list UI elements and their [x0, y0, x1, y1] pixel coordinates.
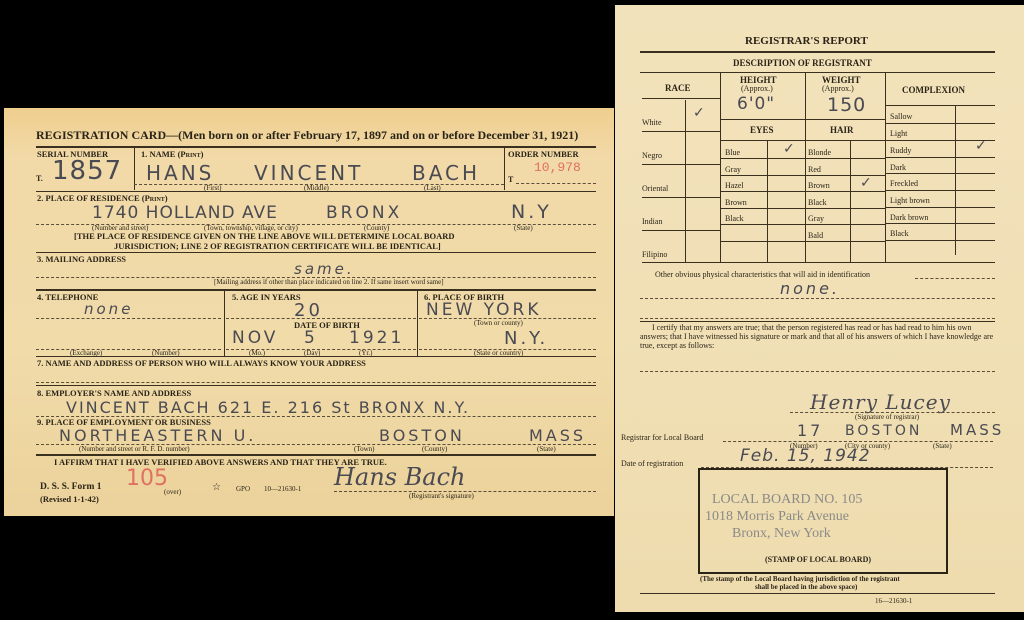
- birthplace-state-value: N.Y.: [504, 328, 548, 349]
- registration-card: REGISTRATION CARD—(Men born on or after …: [4, 108, 614, 516]
- stamp-line-2: 1018 Morris Park Avenue: [705, 509, 849, 525]
- stamp-box: LOCAL BOARD NO. 105 1018 Morris Park Ave…: [698, 468, 948, 574]
- other-characteristics-value: none.: [780, 279, 840, 298]
- complexion-ruddy: Ruddy: [890, 146, 911, 155]
- local-board-city: BOSTON: [845, 423, 922, 439]
- mailing-value: same.: [294, 260, 355, 278]
- date-label: Date of registration: [621, 459, 683, 468]
- employment-town-value: BOSTON: [379, 426, 465, 445]
- hair-brown: Brown: [808, 181, 830, 190]
- eyes-black: Black: [725, 214, 744, 223]
- age-label: 5. AGE IN YEARS: [232, 292, 301, 302]
- hair-header: HAIR: [830, 125, 854, 135]
- complexion-ruddy-check-icon: ✓: [975, 138, 987, 154]
- race-negro: Negro: [642, 151, 662, 160]
- mailing-label: 3. MAILING ADDRESS: [37, 254, 126, 264]
- employment-county-label: (County): [422, 445, 447, 453]
- eyes-hazel: Hazel: [725, 181, 744, 190]
- serial-prefix: T.: [36, 174, 43, 183]
- birth-town-label: (Town or county): [474, 319, 523, 327]
- card-title: REGISTRATION CARD—(Men born on or after …: [36, 128, 578, 143]
- first-name-value: HANS: [146, 161, 214, 185]
- stamp-note-2: shall be placed in the above space): [755, 583, 857, 591]
- weight-approx: (Approx.): [822, 84, 854, 93]
- form-id: D. S. S. Form 1: [40, 482, 102, 492]
- residence-state-value: N.Y: [511, 201, 552, 223]
- eyes-gray: Gray: [725, 165, 741, 174]
- order-number-value: 10,978: [534, 160, 581, 175]
- residence-note-2: JURISDICTION; LINE 2 OF REGISTRATION CER…: [114, 241, 441, 251]
- complexion-light-brown: Light brown: [890, 196, 930, 205]
- birthplace-town-value: NEW YORK: [426, 300, 541, 320]
- height-approx: (Approx.): [741, 84, 773, 93]
- serial-number-value: 1857: [52, 156, 122, 186]
- contact-label: 7. NAME AND ADDRESS OF PERSON WHO WILL A…: [37, 358, 366, 368]
- report-title: REGISTRAR'S REPORT: [745, 35, 868, 47]
- weight-value: 150: [827, 94, 866, 116]
- eyes-brown: Brown: [725, 198, 747, 207]
- registrar-signature-label: (Signature of registrar): [855, 413, 919, 421]
- board-mark-105: 105: [126, 466, 168, 491]
- stamp-caption: (STAMP OF LOCAL BOARD): [765, 555, 871, 564]
- local-board-state: MASS: [950, 421, 1004, 439]
- dob-month-value: NOV: [232, 328, 278, 348]
- hair-brown-check-icon: ✓: [860, 175, 872, 191]
- report-subtitle: DESCRIPTION OF REGISTRANT: [733, 58, 872, 68]
- complexion-dark-brown: Dark brown: [890, 213, 928, 222]
- complexion-black: Black: [890, 229, 909, 238]
- hair-red: Red: [808, 165, 821, 174]
- height-value: 6'0": [737, 94, 775, 114]
- order-number-label: ORDER NUMBER: [508, 149, 579, 159]
- registrar-signature: Henry Lucey: [810, 390, 951, 414]
- right-print-code: 16—21630-1: [875, 597, 912, 605]
- stamp-note-1: (The stamp of the Local Board having jur…: [700, 575, 900, 583]
- employer-value: VINCENT BACH 621 E. 216 St BRONX N.Y.: [66, 398, 470, 417]
- race-white-check-icon: ✓: [693, 105, 705, 121]
- complexion-header: COMPLEXION: [902, 85, 965, 95]
- state-label: (State): [514, 224, 533, 232]
- left-print-code: 10—21630-1: [264, 485, 301, 493]
- employment-state-label: (State): [537, 445, 556, 453]
- employment-town-label: (Town): [354, 445, 375, 453]
- eyes-header: EYES: [750, 125, 774, 135]
- order-prefix: T: [508, 175, 513, 184]
- dob-day-value: 5: [304, 328, 318, 348]
- employment-state-value: MASS: [529, 426, 586, 445]
- registration-date-value: Feb. 15, 1942: [740, 446, 871, 466]
- other-characteristics-label: Other obvious physical characteristics t…: [655, 270, 870, 279]
- eyes-blue-check-icon: ✓: [783, 141, 795, 157]
- hair-gray: Gray: [808, 214, 824, 223]
- name-label: 1. NAME (Print): [141, 149, 203, 159]
- complexion-freckled: Freckled: [890, 179, 918, 188]
- star-icon: ☆: [212, 482, 221, 493]
- board-state-label: (State): [933, 442, 952, 450]
- local-board-number: 17: [797, 421, 823, 440]
- dob-year-value: 1921: [349, 328, 404, 348]
- last-name-value: BACH: [412, 161, 480, 185]
- race-indian: Indian: [642, 217, 662, 226]
- telephone-value: none: [84, 300, 133, 318]
- residence-label: 2. PLACE OF RESIDENCE (Print): [37, 193, 168, 203]
- employment-street-label: (Number and street or R. F. D. number): [79, 445, 190, 453]
- hair-bald: Bald: [808, 231, 823, 240]
- form-revised: (Revised 1-1-42): [40, 494, 99, 504]
- middle-name-value: VINCENT: [254, 161, 363, 185]
- residence-street-value: 1740 HOLLAND AVE: [92, 203, 278, 223]
- over-label: (over): [164, 488, 181, 496]
- complexion-sallow: Sallow: [890, 112, 912, 121]
- race-oriental: Oriental: [642, 184, 668, 193]
- residence-note-1: [THE PLACE OF RESIDENCE GIVEN ON THE LIN…: [74, 231, 455, 241]
- stamp-line-1: LOCAL BOARD NO. 105: [712, 492, 862, 508]
- complexion-dark: Dark: [890, 163, 906, 172]
- local-board-label: Registrar for Local Board: [621, 433, 703, 442]
- mailing-note: [Mailing address if other than place ind…: [214, 278, 444, 286]
- registrant-signature: Hans Bach: [334, 463, 465, 491]
- race-filipino: Filipino: [642, 250, 667, 259]
- employment-street-value: NORTHEASTERN U.: [59, 426, 256, 445]
- race-header: RACE: [665, 83, 691, 93]
- eyes-blue: Blue: [725, 148, 740, 157]
- hair-black: Black: [808, 198, 827, 207]
- gpo-label: GPO: [236, 485, 250, 493]
- registrars-report-card: REGISTRAR'S REPORT DESCRIPTION OF REGIST…: [615, 5, 1024, 612]
- signature-label: (Registrant's signature): [409, 492, 474, 500]
- race-white: White: [642, 118, 662, 127]
- certify-text: I certify that my answers are true; that…: [640, 323, 1000, 350]
- employer-label: 8. EMPLOYER'S NAME AND ADDRESS: [37, 388, 191, 398]
- complexion-light: Light: [890, 129, 907, 138]
- stamp-line-3: Bronx, New York: [732, 526, 831, 542]
- hair-blonde: Blonde: [808, 148, 831, 157]
- residence-town-value: BRONX: [326, 203, 402, 223]
